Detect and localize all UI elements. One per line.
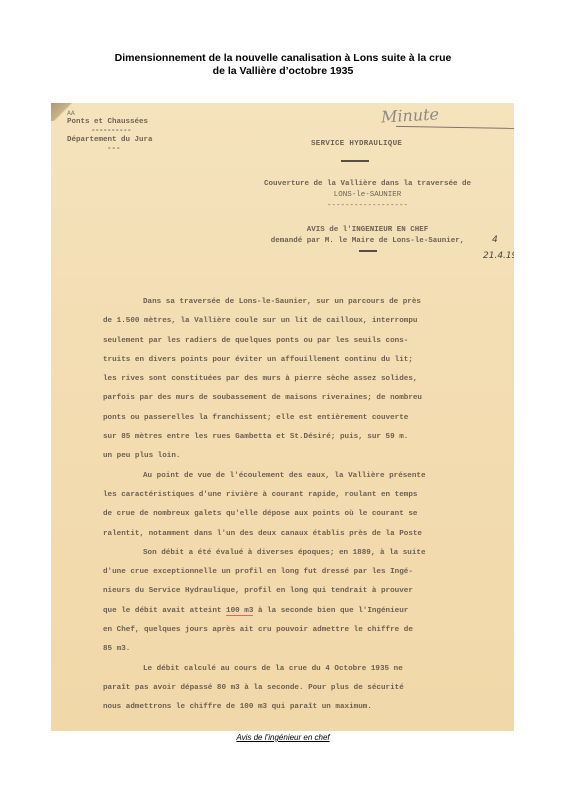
body-line: Le débit calculé au cours de la crue du … [103,660,426,679]
body-line: les rives sont constituées par des murs … [103,370,426,389]
body-text: Dans sa traversée de Lons-le-Saunier, su… [103,293,426,718]
body-line: en Chef, quelques jours après ait cru po… [103,621,426,640]
body-line: ralentit, notamment dans l'un des deux c… [103,525,426,544]
underlined-value: 100 m3 [226,607,253,616]
letterhead-dash-2: --- [67,145,153,154]
figure-caption: Avis de l’ingénieur en chef [0,733,566,742]
page-title-line-1: Dimensionnement de la nouvelle canalisat… [0,52,566,65]
service-heading: SERVICE HYDRAULIQUE [311,140,402,148]
body-line: un peu plus loin. [103,447,426,466]
letterhead: AA Ponts et Chaussées ---------- Départe… [67,109,153,154]
handwritten-number: 4 [492,235,498,245]
subject-line-2: LONS-le-SAUNIER [51,190,514,201]
page-title: Dimensionnement de la nouvelle canalisat… [0,52,566,78]
body-line: paraît pas avoir dépassé 80 m3 à la seco… [103,679,426,698]
body-line: parfois par des murs de soubassement de … [103,389,426,408]
body-line: truits en divers points pour éviter un a… [103,351,426,370]
subject-block: Couverture de la Vallière dans la traver… [51,179,514,212]
body-line: nous admettrons le chiffre de 100 m3 qui… [103,698,426,717]
subject-dash: ------------------ [51,201,514,212]
body-line: Au point de vue de l'écoulement des eaux… [103,467,426,486]
avis-line-1: AVIS de l'INGENIEUR EN CHEF [51,225,514,236]
body-line: Son débit a été évalué à diverses époque… [103,544,426,563]
avis-line-2: demandé par M. le Maire de Lons-le-Sauni… [51,236,514,247]
body-line: Dans sa traversée de Lons-le-Saunier, su… [103,293,426,312]
subject-line-1: Couverture de la Vallière dans la traver… [51,179,514,190]
handwritten-date: 21.4.1936 [483,251,514,261]
body-line: les caractéristiques d'une rivière à cou… [103,486,426,505]
body-line: sur 85 mètres entre les rues Gambetta et… [103,428,426,447]
letterhead-line-1: Ponts et Chaussées [67,118,153,127]
avis-block: AVIS de l'INGENIEUR EN CHEF demandé par … [51,225,514,258]
service-underline [341,160,369,162]
handwritten-minute-stamp: Minute [381,104,440,126]
letterhead-line-2: Département du Jura [67,136,153,145]
body-line: ponts ou passerelles la franchissent; el… [103,409,426,428]
scanned-document: AA Ponts et Chaussées ---------- Départe… [51,103,514,731]
handwritten-rule [396,126,514,129]
letterhead-ref: AA [67,109,153,118]
page-title-line-2: de la Vallière d’octobre 1935 [0,65,566,78]
body-line: de crue de nombreux galets qu'elle dépos… [103,505,426,524]
body-line: 85 m3. [103,640,426,659]
body-line: que le débit avait atteint 100 m3 à la s… [103,602,426,621]
body-line: nieurs du Service Hydraulique, profil en… [103,582,426,601]
body-line: de 1.500 mètres, la Vallière coule sur u… [103,312,426,331]
body-line: d'une crue exceptionnelle un profil en l… [103,563,426,582]
body-line: seulement par les radiers de quelques po… [103,332,426,351]
avis-underline [51,247,514,258]
letterhead-dash-1: ---------- [67,127,153,136]
